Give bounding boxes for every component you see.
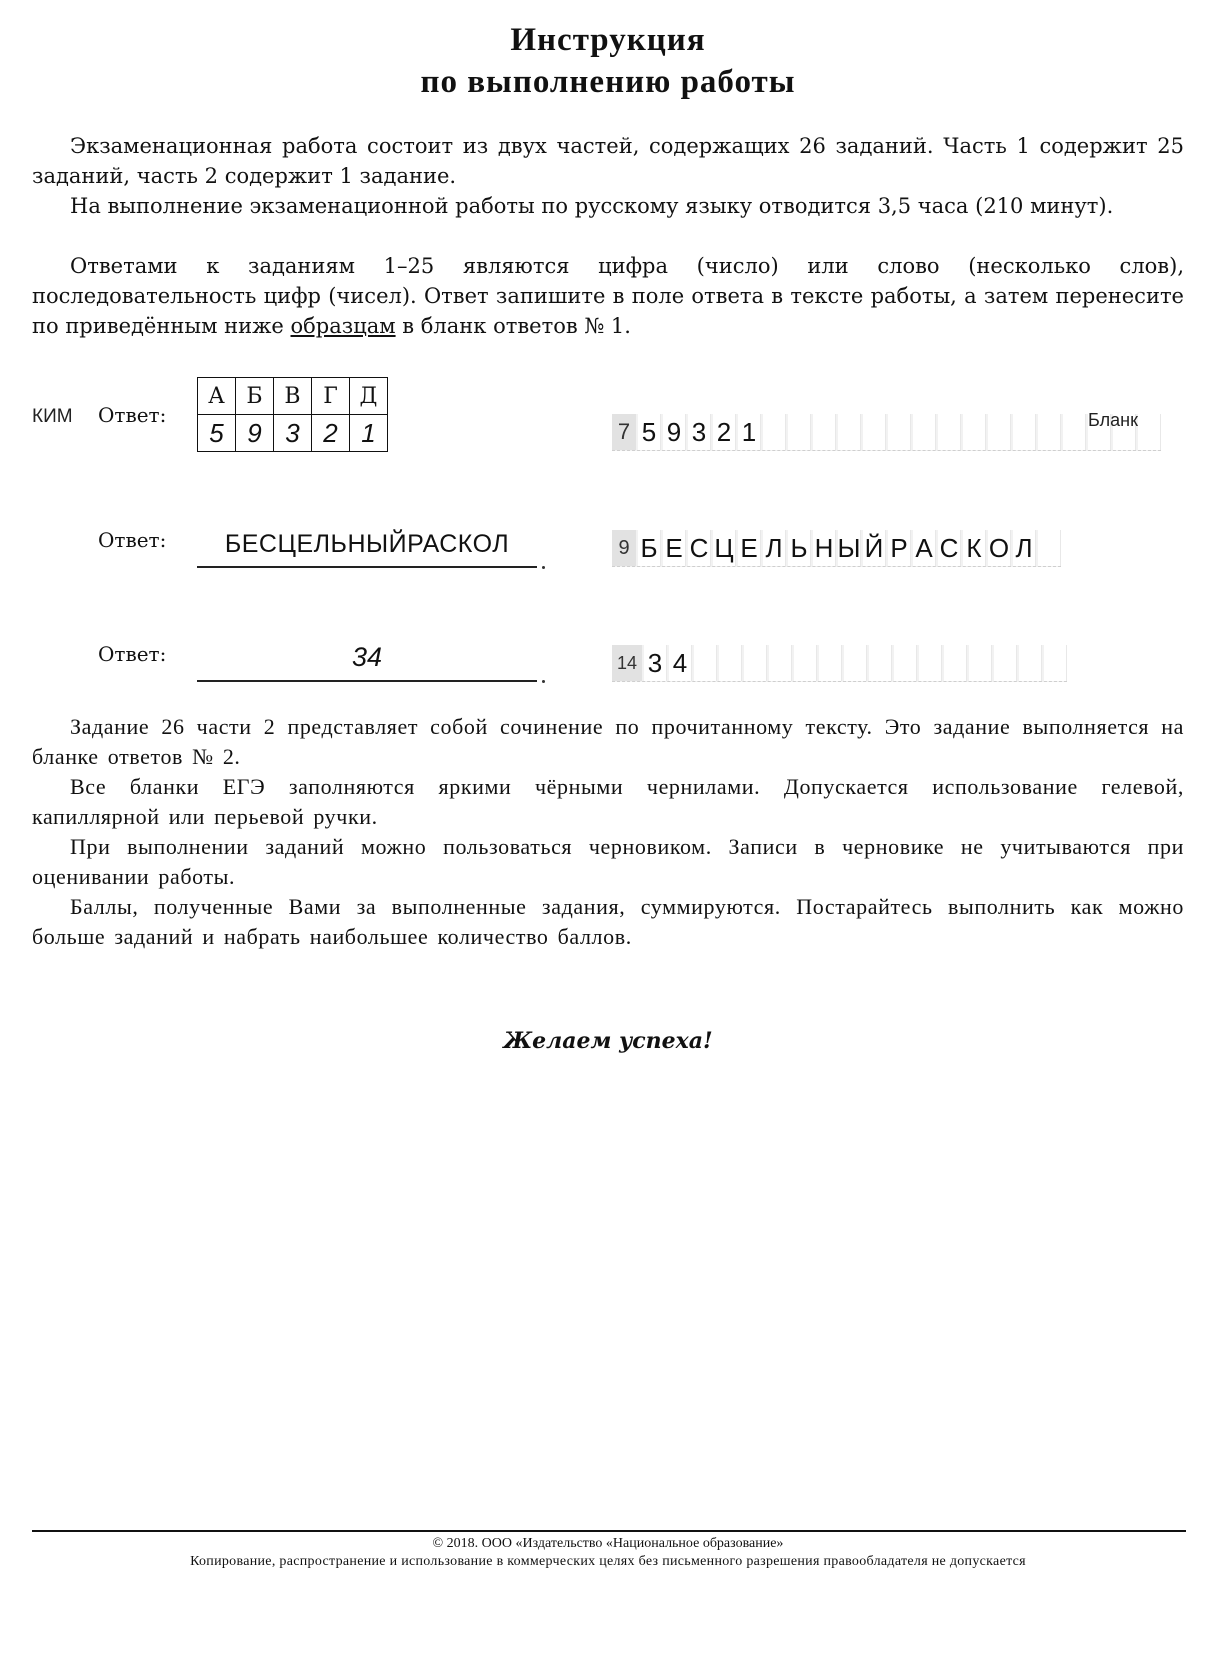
outro-paragraph-1: Задание 26 части 2 представляет собой со… [32,712,1184,772]
outro-text-2: Все бланки ЕГЭ заполняются яркими чёрным… [32,774,1184,829]
footer-divider [32,1530,1186,1532]
answer-sheet-cell[interactable] [888,414,911,450]
intro-paragraph-3: Ответами к заданиям 1–25 являются цифра … [32,251,1184,341]
intro-text-2: На выполнение экзаменационной работы по … [70,194,1113,218]
answer-sheet-cell[interactable]: 3 [688,414,711,450]
header-cell: В [274,378,312,415]
answer-sheet-cell[interactable] [1138,414,1161,450]
outro-text-1: Задание 26 части 2 представляет собой со… [32,714,1184,769]
outro-paragraph-2: Все бланки ЕГЭ заполняются яркими чёрным… [32,772,1184,832]
answer-sheet-row-7: 759321 [612,414,1161,451]
page-title: Инструкция [0,22,1216,59]
answer-sheet-cell[interactable] [994,645,1017,681]
answer-sheet-cell[interactable]: 1 [738,414,761,450]
outro-text-4: Баллы, полученные Вами за выполненные за… [32,894,1184,949]
answer-sheet-cell[interactable] [894,645,917,681]
answer-sheet-cell[interactable]: 4 [669,645,692,681]
answer-sheet-cell[interactable] [813,414,836,450]
answer-sheet-cell[interactable]: Н [813,530,836,566]
answer-sheet-cell[interactable] [1013,414,1036,450]
answer-sheet-cell[interactable]: Ь [788,530,811,566]
period-dot [542,680,545,683]
answer-sheet-cell[interactable] [869,645,892,681]
answer-sheet-cell[interactable]: Е [738,530,761,566]
answer-table: А Б В Г Д 5 9 3 2 1 [197,377,388,452]
footer-notice: Копирование, распространение и использов… [0,1554,1216,1570]
answer-sheet-cell[interactable] [694,645,717,681]
header-cell: Г [312,378,350,415]
kim-label: КИМ [32,406,73,428]
answer-sheet-cell[interactable]: С [938,530,961,566]
answer-field-2[interactable]: БЕСЦЕЛЬНЫЙРАСКОЛ [197,530,537,568]
answer-sheet-cell[interactable] [763,414,786,450]
answer-sheet-cell[interactable] [1019,645,1042,681]
answer-sheet-cell[interactable] [794,645,817,681]
answer-sheet-cell[interactable] [1063,414,1086,450]
outro-text-3: При выполнении заданий можно пользоватьс… [32,834,1184,889]
task-number: 9 [612,530,636,566]
answer-sheet-cell[interactable] [1038,530,1061,566]
answer-label-3: Ответ: [98,642,166,666]
closing-wish: Желаем успеха! [0,1028,1216,1054]
intro-text-1: Экзаменационная работа состоит из двух ч… [32,134,1184,188]
header-cell: Б [236,378,274,415]
samples-link[interactable]: образцам [291,314,396,338]
answer-sheet-cell[interactable]: Е [663,530,686,566]
outro-paragraph-4: Баллы, полученные Вами за выполненные за… [32,892,1184,952]
footer-copyright: © 2018. ООО «Издательство «Национальное … [0,1536,1216,1552]
answer-sheet-cell[interactable] [719,645,742,681]
answer-sheet-cell[interactable]: Р [888,530,911,566]
answer-label-2: Ответ: [98,528,166,552]
value-cell[interactable]: 5 [198,415,236,452]
answer-sheet-cell[interactable] [944,645,967,681]
answer-table-header: А Б В Г Д [198,378,388,415]
answer-sheet-cell[interactable]: Л [763,530,786,566]
answer-sheet-cell[interactable]: О [988,530,1011,566]
answer-sheet-cell[interactable]: 2 [713,414,736,450]
answer-sheet-cell[interactable]: С [688,530,711,566]
answer-sheet-cell[interactable] [788,414,811,450]
answer-sheet-cell[interactable] [963,414,986,450]
period-dot [542,566,545,569]
outro-paragraph-3: При выполнении заданий можно пользоватьс… [32,832,1184,892]
intro-paragraph-2: На выполнение экзаменационной работы по … [32,191,1184,221]
intro-tail: в бланк ответов № 1. [402,314,631,338]
answer-sheet-cell[interactable] [913,414,936,450]
value-cell[interactable]: 2 [312,415,350,452]
answer-field-3[interactable]: 34 [197,642,537,682]
intro-paragraph-1: Экзаменационная работа состоит из двух ч… [32,131,1184,191]
answer-sheet-cell[interactable]: Ц [713,530,736,566]
page-subtitle: по выполнению работы [0,64,1216,101]
answer-sheet-cell[interactable]: Й [863,530,886,566]
answer-sheet-cell[interactable]: К [963,530,986,566]
answer-sheet-cell[interactable] [919,645,942,681]
answer-sheet-cell[interactable] [844,645,867,681]
answer-sheet-row-9: 9БЕСЦЕЛЬНЫЙРАСКОЛ [612,530,1061,567]
value-cell[interactable]: 1 [350,415,388,452]
answer-sheet-row-14: 1434 [612,645,1067,682]
answer-sheet-cell[interactable] [769,645,792,681]
answer-sheet-cell[interactable] [1038,414,1061,450]
header-cell: А [198,378,236,415]
answer-table-values: 5 9 3 2 1 [198,415,388,452]
answer-sheet-cell[interactable]: Б [638,530,661,566]
answer-sheet-cell[interactable]: Ы [838,530,861,566]
answer-sheet-cell[interactable]: А [913,530,936,566]
task-number: 14 [612,645,642,681]
answer-sheet-cell[interactable] [1044,645,1067,681]
answer-label-1: Ответ: [98,403,166,427]
value-cell[interactable]: 9 [236,415,274,452]
answer-sheet-cell[interactable] [988,414,1011,450]
blank-label: Бланк [1088,410,1138,431]
answer-sheet-cell[interactable] [838,414,861,450]
header-cell: Д [350,378,388,415]
answer-sheet-cell[interactable] [819,645,842,681]
answer-sheet-cell[interactable]: Л [1013,530,1036,566]
answer-sheet-cell[interactable] [938,414,961,450]
answer-sheet-cell[interactable] [744,645,767,681]
answer-sheet-cell[interactable]: 9 [663,414,686,450]
value-cell[interactable]: 3 [274,415,312,452]
answer-sheet-cell[interactable]: 5 [638,414,661,450]
task-number: 7 [612,414,636,450]
answer-sheet-cell[interactable]: 3 [644,645,667,681]
answer-sheet-cell[interactable] [969,645,992,681]
answer-sheet-cell[interactable] [863,414,886,450]
